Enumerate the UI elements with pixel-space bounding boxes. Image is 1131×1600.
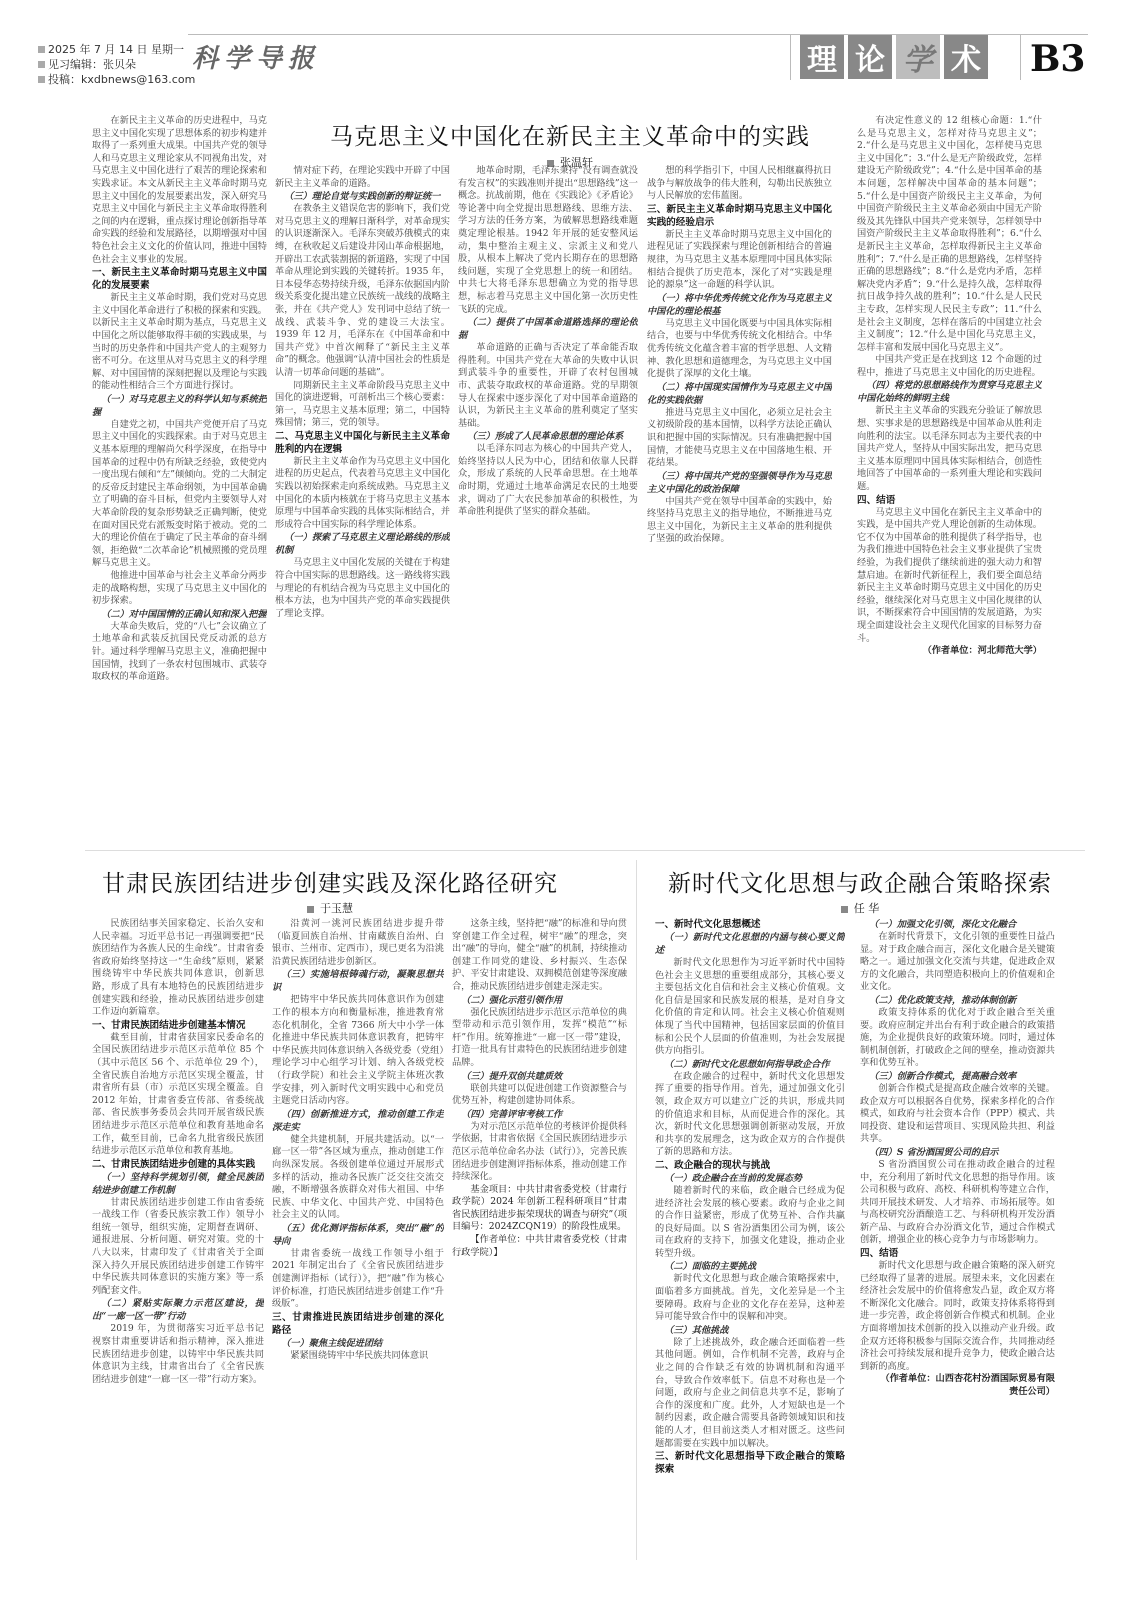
paragraph: 情对症下药，在理论实践中开辟了中国新民主主义革命的道路。	[275, 165, 450, 190]
bullet-square-icon	[38, 76, 45, 83]
newspaper-logo: 科学导报	[192, 38, 320, 75]
paragraph: 在教条主义错误危害的影响下，我们党对马克思主义的理解日渐科学，对革命现实的认识逐…	[275, 203, 450, 379]
article-byline: 任 华	[760, 900, 960, 916]
issue-email: 投稿：kxdbnews@163.com	[38, 72, 195, 87]
paragraph: 以毛泽东同志为核心的中国共产党人，始终坚持以人民为中心，团结和依靠人民群众，形成…	[458, 443, 638, 519]
paragraph: 马克思主义中国化发展的关键在于构建符合中国实际的思想路线。这一路线将实践与理论的…	[275, 557, 450, 620]
paragraph: 新时代文化思想与政企融合策略的深入研究已经取得了显著的进展。展望未来，文化因素在…	[860, 1260, 1055, 1373]
paragraph: 政策支持体系的优化对于政企融合至关重要。政府应制定并出台有利于政企融合的政策措施…	[860, 1007, 1055, 1070]
section-heading: 二、政企融合的现状与挑战	[655, 1159, 845, 1172]
paragraph: 甘肃民族团结进步创建工作由省委统一战线工作（省委民族宗教工作）领导小组统一领导，…	[92, 1197, 264, 1298]
paragraph: 2019 年，为贯彻落实习近平总书记视察甘肃重要讲话和指示精神，深入推进民族团结…	[92, 1323, 264, 1386]
section-heading: 一、新民主主义革命时期马克思主义中国化的发展要素	[92, 266, 267, 292]
article-column: 在新民主主义革命的历史进程中，马克思主义中国化实现了思想体系的初步构建并取得了一…	[92, 115, 267, 845]
section-heading: 三、新民主主义革命时期马克思主义中国化实践的经验启示	[647, 203, 832, 229]
subsection-heading: （二）将中国现实国情作为马克思主义中国化的实践依据	[647, 381, 832, 407]
paragraph: 推进马克思主义中国化，必须立足社会主义初级阶段的基本国情，以科学方法论正确认识和…	[647, 407, 832, 470]
issue-date: 2025 年 7 月 14 日 星期一	[38, 42, 195, 57]
subsection-heading: （一）坚持科学规划引领，健全民族团结进步创建工作机制	[92, 1171, 264, 1197]
paragraph: 强化民族团结进步示范区示范单位的典型带动和示范引领作用，发挥“模范”“标杆”作用…	[452, 1007, 627, 1070]
paragraph: 中国共产党正是在找到这 12 个命题的过程中，推进了马克思主义中国化的历史进程。	[857, 354, 1042, 379]
article-column: 民族团结事关国家稳定、长治久安和人民幸福。习近平总书记一再强调要把“民族团结作为…	[92, 918, 264, 1588]
subsection-heading: （二）面临的主要挑战	[655, 1260, 845, 1273]
subsection-heading: （二）对中国国情的正确认知和深入把握	[92, 608, 267, 621]
subsection-heading: （一）聚焦主线促进团结	[272, 1337, 444, 1350]
bullet-square-icon	[307, 906, 314, 913]
subsection-heading: （三）提升双创共建质效	[452, 1070, 627, 1083]
paragraph: 把铸牢中华民族共同体意识作为创建工作的根本方向和衡量标准，推进教育常态化机制化，…	[272, 994, 444, 1107]
paragraph: 健全共建机制，开展共建活动。以“一廊一区一带”各区域为重点，推动创建工作向纵深发…	[272, 1134, 444, 1222]
section-heading: 二、甘肃民族团结进步创建的具体实践	[92, 1158, 264, 1171]
subsection-heading: （二）强化示范引领作用	[452, 994, 627, 1007]
article-column: 一、新时代文化思想概述（一）新时代文化思想的内涵与核心要义简述新时代文化思想作为…	[655, 918, 845, 1588]
subsection-heading: （四）创新推进方式，推动创建工作走深走实	[272, 1108, 444, 1134]
paragraph: 民族团结事关国家稳定、长治久安和人民幸福。习近平总书记一再强调要把“民族团结作为…	[92, 918, 264, 1019]
paragraph: 除了上述挑战外，政企融合还面临着一些其他问题。例如，合作机制不完善，政府与企业之…	[655, 1337, 845, 1450]
paragraph: 地革命时期，毛泽东秉持“没有调查就没有发言权”的实践准则并提出“思想路线”这一概…	[458, 165, 638, 316]
issue-editor: 见习编辑：张贝朵	[38, 57, 195, 72]
paragraph: 他推进中国革命与社会主义革命分两步走的战略构想，实现了马克思主义中国化的初步探索…	[92, 570, 267, 608]
subsection-heading: （二）优化政策支持，推动体制创新	[860, 994, 1055, 1007]
author-affiliation: （作者单位：山西杏花村汾酒国际贸易有限责任公司）	[860, 1373, 1055, 1398]
section-heading: 二、马克思主义中国化与新民主主义革命胜利的内在逻辑	[275, 430, 450, 456]
paragraph: S 省汾酒国贸公司在推动政企融合的过程中，充分利用了新时代文化思想的指导作用。该…	[860, 1159, 1055, 1247]
paragraph: 截至目前，甘肃省获国家民委命名的全国民族团结进步示范区示范单位 85 个（其中示…	[92, 1032, 264, 1158]
article-column: 地革命时期，毛泽东秉持“没有调查就没有发言权”的实践准则并提出“思想路线”这一概…	[458, 165, 638, 845]
paragraph: 甘肃省委统一战线工作领导小组于 2021 年制定出台了《全省民族团结进步创建测评…	[272, 1248, 444, 1311]
paragraph: 随着新时代的来临，政企融合已经成为促进经济社会发展的核心要素。政府与企业之间的合…	[655, 1185, 845, 1261]
funding-note: 【作者单位：中共甘肃省委党校（甘肃行政学院）】	[452, 1234, 627, 1259]
page-number: B3	[1030, 38, 1085, 80]
funding-note: 基金项目：中共甘肃省委党校（甘肃行政学院）2024 年创新工程科研项目“甘肃省民…	[452, 1184, 627, 1234]
article-title: 新时代文化思想与政企融合策略探索	[650, 865, 1070, 898]
paragraph: 革命道路的正确与否决定了革命能否取得胜利。中国共产党在大革命的失败中认识到武装斗…	[458, 342, 638, 430]
paragraph: 联创共建可以促进创建工作资源整合与优势互补，构建创建协同体系。	[452, 1083, 627, 1108]
paragraph: 自建党之初，中国共产党便开启了马克思主义中国化的实践探索。由于对马克思主义基本原…	[92, 419, 267, 570]
paragraph: 在新时代背景下，文化引领的重要性日益凸显。对于政企融合而言，深化文化融合是关键策…	[860, 931, 1055, 994]
masthead: 2025 年 7 月 14 日 星期一 见习编辑：张贝朵 投稿：kxdbnews…	[0, 0, 1131, 105]
paragraph: 沿黄河一洮河民族团结进步提升带（临夏回族自治州、甘南藏族自治州、白银市、兰州市、…	[272, 918, 444, 968]
subsection-heading: （四）完善评审考核工作	[452, 1108, 627, 1121]
issue-meta: 2025 年 7 月 14 日 星期一 见习编辑：张贝朵 投稿：kxdbnews…	[38, 42, 195, 87]
masthead-divider	[790, 35, 791, 80]
subsection-heading: （一）政企融合在当前的发展态势	[655, 1172, 845, 1185]
article-column: 这条主线，坚持把“融”的标准和导向贯穿创建工作全过程，树牢“融”的理念，突出“融…	[452, 918, 627, 1588]
paragraph: 新民主主义革命时期马克思主义中国化的进程见证了实践探索与理论创新相结合的普遍规律…	[647, 229, 832, 292]
subsection-heading: （三）理论自觉与实践创新的辩证统一	[275, 190, 450, 203]
article-column: 沿黄河一洮河民族团结进步提升带（临夏回族自治州、甘南藏族自治州、白银市、兰州市、…	[272, 918, 444, 1588]
subsection-heading: （三）其他挑战	[655, 1324, 845, 1337]
paragraph: 在新民主主义革命的历史进程中，马克思主义中国化实现了思想体系的初步构建并取得了一…	[92, 115, 267, 266]
subsection-heading: （一）探索了马克思主义理论路线的形成机制	[275, 531, 450, 557]
subsection-heading: （一）将中华优秀传统文化作为马克思主义中国化的理论根基	[647, 292, 832, 318]
article-column: 情对症下药，在理论实践中开辟了中国新民主主义革命的道路。（三）理论自觉与实践创新…	[275, 165, 450, 845]
subsection-heading: （二）紧贴实际聚力示范区建设，提出“一廊一区一带”行动	[92, 1297, 264, 1323]
article-column: 想的科学指引下，中国人民相继赢得抗日战争与解放战争的伟大胜利，勾勒出民族独立与人…	[647, 165, 832, 845]
bullet-square-icon	[38, 46, 45, 53]
subsection-heading: （三）创新合作模式，提高融合效率	[860, 1070, 1055, 1083]
section-title: 理 论 学 术	[800, 35, 988, 79]
section-heading: 四、结语	[857, 494, 1042, 507]
subsection-heading: （四）S 省汾酒国贸公司的启示	[860, 1146, 1055, 1159]
subsection-heading: （五）优化测评指标体系，突出“融”的导向	[272, 1222, 444, 1248]
paragraph: 新时代文化思想作为习近平新时代中国特色社会主义思想的重要组成部分，其核心要义主要…	[655, 957, 845, 1058]
paragraph: 大革命失败后，党的“八七”会议确立了土地革命和武装反抗国民党反动派的总方针。通过…	[92, 621, 267, 684]
article-title: 甘肃民族团结进步创建实践及深化路径研究	[95, 865, 565, 898]
article-byline: 于玉慧	[230, 900, 430, 916]
paragraph: 新民主主义革命作为马克思主义中国化进程的历史起点，代表着马克思主义中国化实践以初…	[275, 456, 450, 532]
paragraph: 新民主主义革命的实践充分验证了解放思想、实事求是的思想路线是中国革命从胜利走向胜…	[857, 405, 1042, 493]
paragraph: 有决定性意义的 12 组核心命题：1.“什么是马克思主义，怎样对待马克思主义”；…	[857, 115, 1042, 354]
paragraph: 马克思主义中国化在新民主主义革命中的实践，是中国共产党人理论创新的生动体现。它不…	[857, 507, 1042, 646]
article-column: 有决定性意义的 12 组核心命题：1.“什么是马克思主义，怎样对待马克思主义”；…	[857, 115, 1042, 845]
section-char: 论	[848, 35, 892, 79]
bullet-square-icon	[38, 61, 45, 68]
subsection-heading: （三）形成了人民革命思想的理论体系	[458, 430, 638, 443]
paragraph: 同期新民主主义革命阶段马克思主义中国化的演进逻辑，可剖析出三个核心要素：第一，马…	[275, 380, 450, 430]
paragraph: 想的科学指引下，中国人民相继赢得抗日战争与解放战争的伟大胜利，勾勒出民族独立与人…	[647, 165, 832, 203]
section-heading: 一、新时代文化思想概述	[655, 918, 845, 931]
paragraph: 中国共产党在领导中国革命的实践中，始终坚持马克思主义的指导地位，不断推进马克思主…	[647, 496, 832, 546]
section-char: 学	[896, 35, 940, 79]
masthead-divider	[1020, 35, 1021, 80]
section-heading: 一、甘肃民族团结进步创建基本情况	[92, 1019, 264, 1032]
paragraph: 在政企融合的过程中，新时代文化思想发挥了重要的指导作用。首先，通过加强文化引领，…	[655, 1071, 845, 1159]
section-heading: 三、甘肃推进民族团结进步创建的深化路径	[272, 1311, 444, 1337]
author-affiliation: （作者单位：河北师范大学）	[857, 645, 1042, 658]
paragraph: 马克思主义中国化既要与中国具体实际相结合，也要与中华优秀传统文化相结合。中华优秀…	[647, 318, 832, 381]
subsection-heading: （一）新时代文化思想的内涵与核心要义简述	[655, 931, 845, 957]
paragraph: 新民主主义革命时期，我们党对马克思主义中国化革命进行了积极的探索和实践。以新民主…	[92, 292, 267, 393]
paragraph: 为对示范区示范单位的考核评价提供科学依据，甘肃省依据《全国民族团结进步示范区示范…	[452, 1121, 627, 1184]
paragraph: 创新合作模式是提高政企融合效率的关键。政企双方可以根据各自优势，探索多样化的合作…	[860, 1083, 1055, 1146]
subsection-heading: （一）加强文化引领，深化文化融合	[860, 918, 1055, 931]
subsection-heading: （三）将中国共产党的坚强领导作为马克思主义中国化的政治保障	[647, 470, 832, 496]
article-column: （一）加强文化引领，深化文化融合在新时代背景下，文化引领的重要性日益凸显。对于政…	[860, 918, 1055, 1588]
article-divider	[636, 860, 637, 1560]
subsection-heading: （四）将党的思想路线作为贯穿马克思主义中国化始终的鲜明主线	[857, 379, 1042, 405]
section-heading: 四、结语	[860, 1247, 1055, 1260]
subsection-heading: （三）实施培根铸魂行动，凝聚思想共识	[272, 968, 444, 994]
paragraph: 紧紧围绕铸牢中华民族共同体意识	[272, 1350, 444, 1363]
article-title: 马克思主义中国化在新民主主义革命中的实践	[260, 118, 880, 151]
paragraph: 这条主线，坚持把“融”的标准和导向贯穿创建工作全过程，树牢“融”的理念，突出“融…	[452, 918, 627, 994]
article-divider	[85, 850, 1085, 851]
subsection-heading: （一）对马克思主义的科学认知与系统把握	[92, 393, 267, 419]
section-heading: 三、新时代文化思想指导下政企融合的策略探索	[655, 1450, 845, 1476]
bullet-square-icon	[841, 906, 848, 913]
section-char: 术	[944, 35, 988, 79]
section-char: 理	[800, 35, 844, 79]
subsection-heading: （二）提供了中国革命道路选择的理论依据	[458, 316, 638, 342]
paragraph: 新时代文化思想与政企融合策略探索中，面临着多方面挑战。首先，文化差异是一个主要障…	[655, 1273, 845, 1323]
subsection-heading: （二）新时代文化思想如何指导政企合作	[655, 1058, 845, 1071]
